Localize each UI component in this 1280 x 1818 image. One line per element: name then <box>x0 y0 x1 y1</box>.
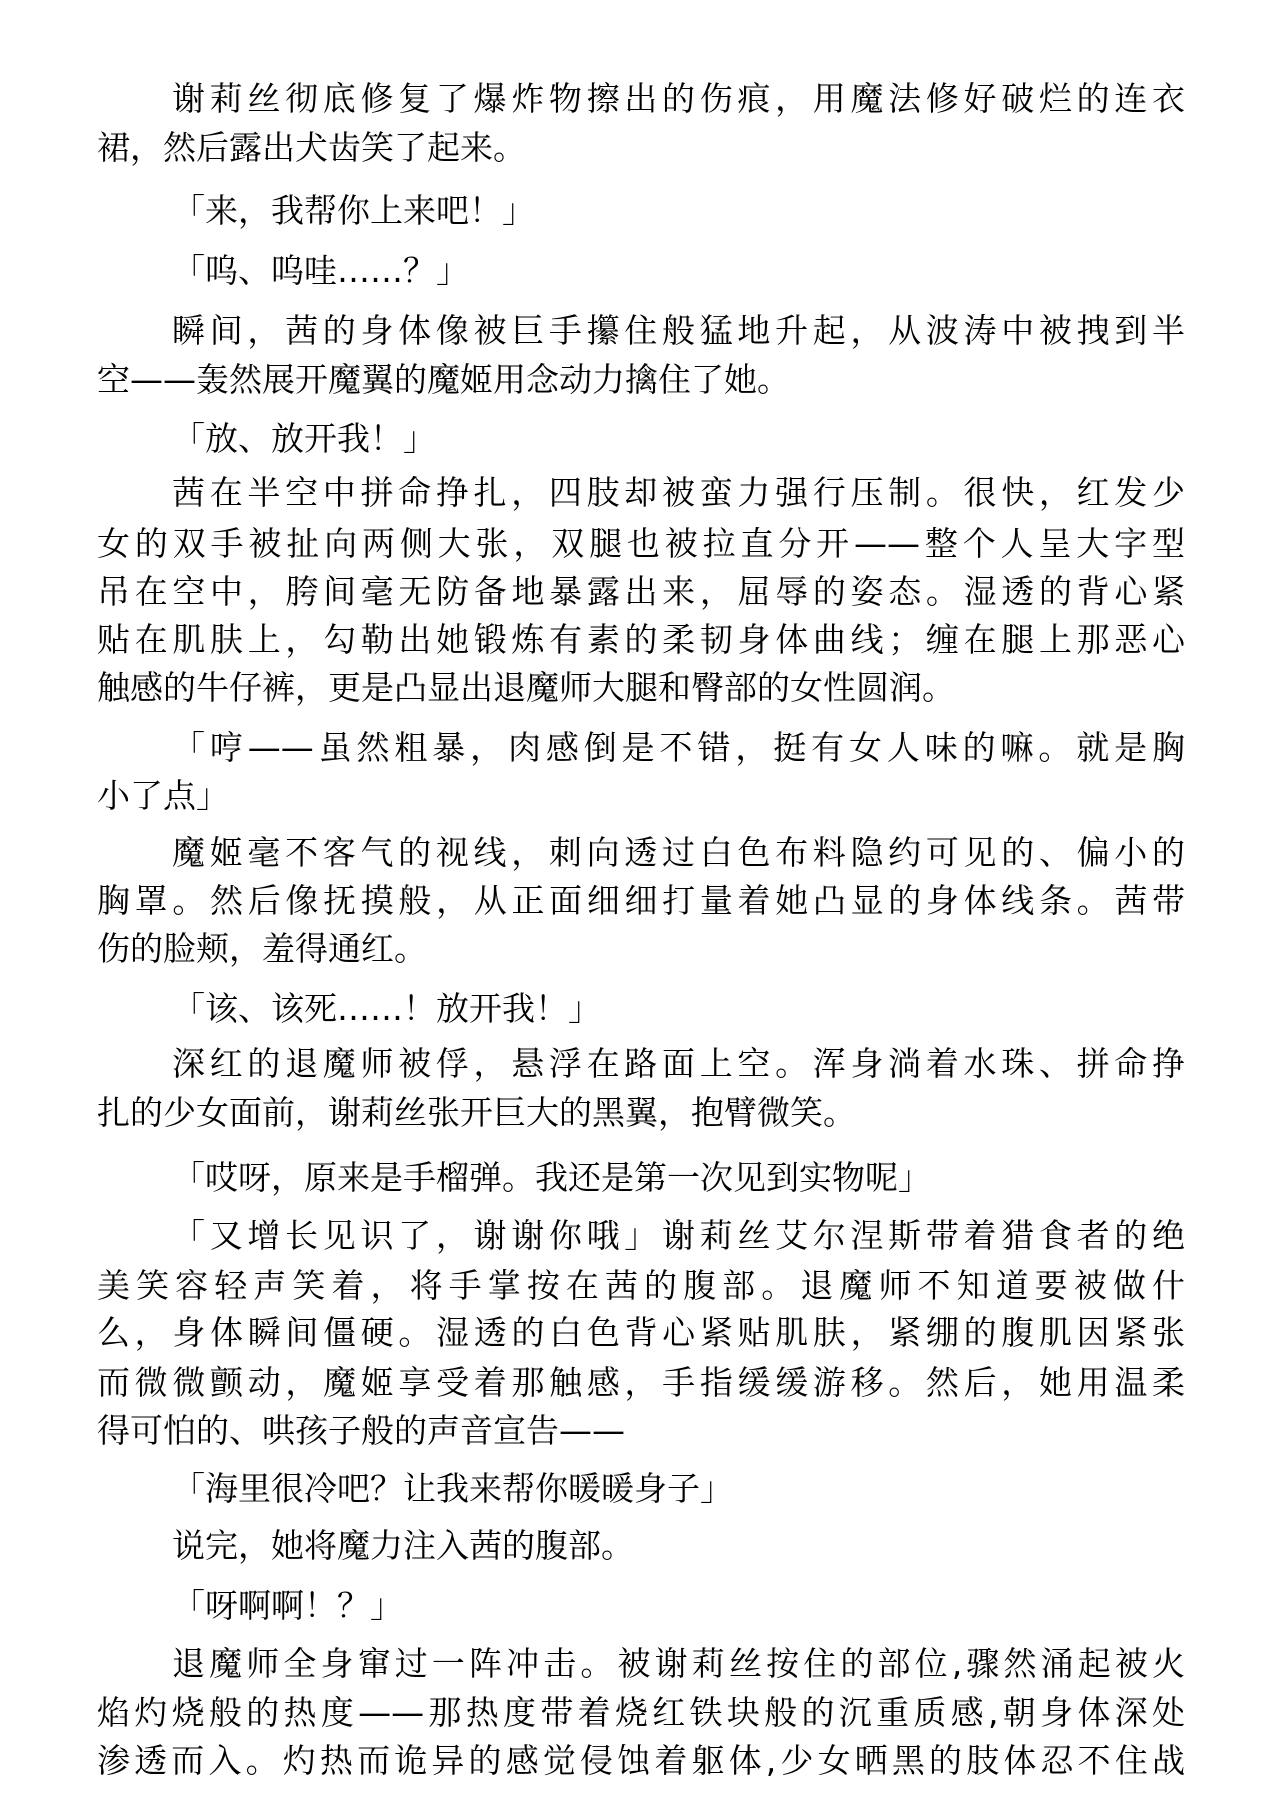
text-line: 谢莉丝彻底修复了爆炸物擦出的伤痕，用魔法修好破烂的连衣 <box>172 79 1185 119</box>
text-line: 小了点」 <box>97 776 229 816</box>
text-line: 么，身体瞬间僵硬。湿透的白色背心紧贴肌肤，紧绷的腹肌因紧张 <box>97 1313 1185 1353</box>
text-line: 「哼——虽然粗暴，肉感倒是不错，挺有女人味的嘛。就是胸 <box>172 728 1185 768</box>
text-line: 贴在肌肤上，勾勒出她锻炼有素的柔韧身体曲线；缠在腿上那恶心 <box>97 620 1185 660</box>
text-line: 而微微颤动，魔姬享受着那触感，手指缓缓游移。然后，她用温柔 <box>97 1363 1185 1403</box>
text-line: 「来，我帮你上来吧！」 <box>172 191 535 231</box>
text-line: 茜在半空中拼命挣扎，四肢却被蛮力强行压制。很快，红发少 <box>172 473 1185 513</box>
text-line: 空——轰然展开魔翼的魔姬用念动力擒住了她。 <box>97 360 790 400</box>
text-line: 扎的少女面前，谢莉丝张开巨大的黑翼，抱臂微笑。 <box>97 1093 856 1133</box>
text-line: 「呀啊啊！？」 <box>172 1586 403 1626</box>
text-line: 胸罩。然后像抚摸般，从正面细细打量着她凸显的身体线条。茜带 <box>97 881 1185 921</box>
text-line: 吊在空中，胯间毫无防备地暴露出来，屈辱的姿态。湿透的背心紧 <box>97 572 1185 612</box>
text-line: 美笑容轻声笑着，将手掌按在茜的腹部。退魔师不知道要被做什 <box>97 1266 1185 1306</box>
text-line: 魔姬毫不客气的视线，刺向透过白色布料隐约可见的、偏小的 <box>172 833 1185 873</box>
text-line: 伤的脸颊，羞得通红。 <box>97 929 427 969</box>
text-line: 裙，然后露出犬齿笑了起来。 <box>97 128 526 168</box>
text-line: 女的双手被扯向两侧大张，双腿也被拉直分开——整个人呈大字型 <box>97 524 1185 564</box>
text-line: 「哎呀，原来是手榴弹。我还是第一次见到实物呢」 <box>172 1158 931 1198</box>
text-line: 得可怕的、哄孩子般的声音宣告—— <box>97 1411 625 1451</box>
text-line: 焰灼烧般的热度——那热度带着烧红铁块般的沉重质感,朝身体深处 <box>97 1693 1185 1733</box>
text-line: 瞬间，茜的身体像被巨手攥住般猛地升起，从波涛中被拽到半 <box>172 311 1185 351</box>
text-line: 退魔师全身窜过一阵冲击。被谢莉丝按住的部位,骤然涌起被火 <box>172 1644 1185 1684</box>
text-line: 说完，她将魔力注入茜的腹部。 <box>172 1526 634 1566</box>
text-line: 渗透而入。灼热而诡异的感觉侵蚀着躯体,少女晒黑的肢体忍不住战 <box>97 1741 1185 1781</box>
text-line: 「呜、呜哇……？」 <box>172 251 469 291</box>
text-line: 触感的牛仔裤，更是凸显出退魔师大腿和臀部的女性圆润。 <box>97 668 955 708</box>
text-line: 「又增长见识了，谢谢你哦」谢莉丝艾尔涅斯带着猎食者的绝 <box>172 1216 1185 1256</box>
text-line: 「该、该死……！放开我！」 <box>172 989 601 1029</box>
text-line: 深红的退魔师被俘，悬浮在路面上空。浑身淌着水珠、拼命挣 <box>172 1044 1185 1084</box>
text-line: 「放、放开我！」 <box>172 419 436 459</box>
document-page: 谢莉丝彻底修复了爆炸物擦出的伤痕，用魔法修好破烂的连衣裙，然后露出犬齿笑了起来。… <box>0 0 1280 1818</box>
text-line: 「海里很冷吧？让我来帮你暖暖身子」 <box>172 1469 733 1509</box>
